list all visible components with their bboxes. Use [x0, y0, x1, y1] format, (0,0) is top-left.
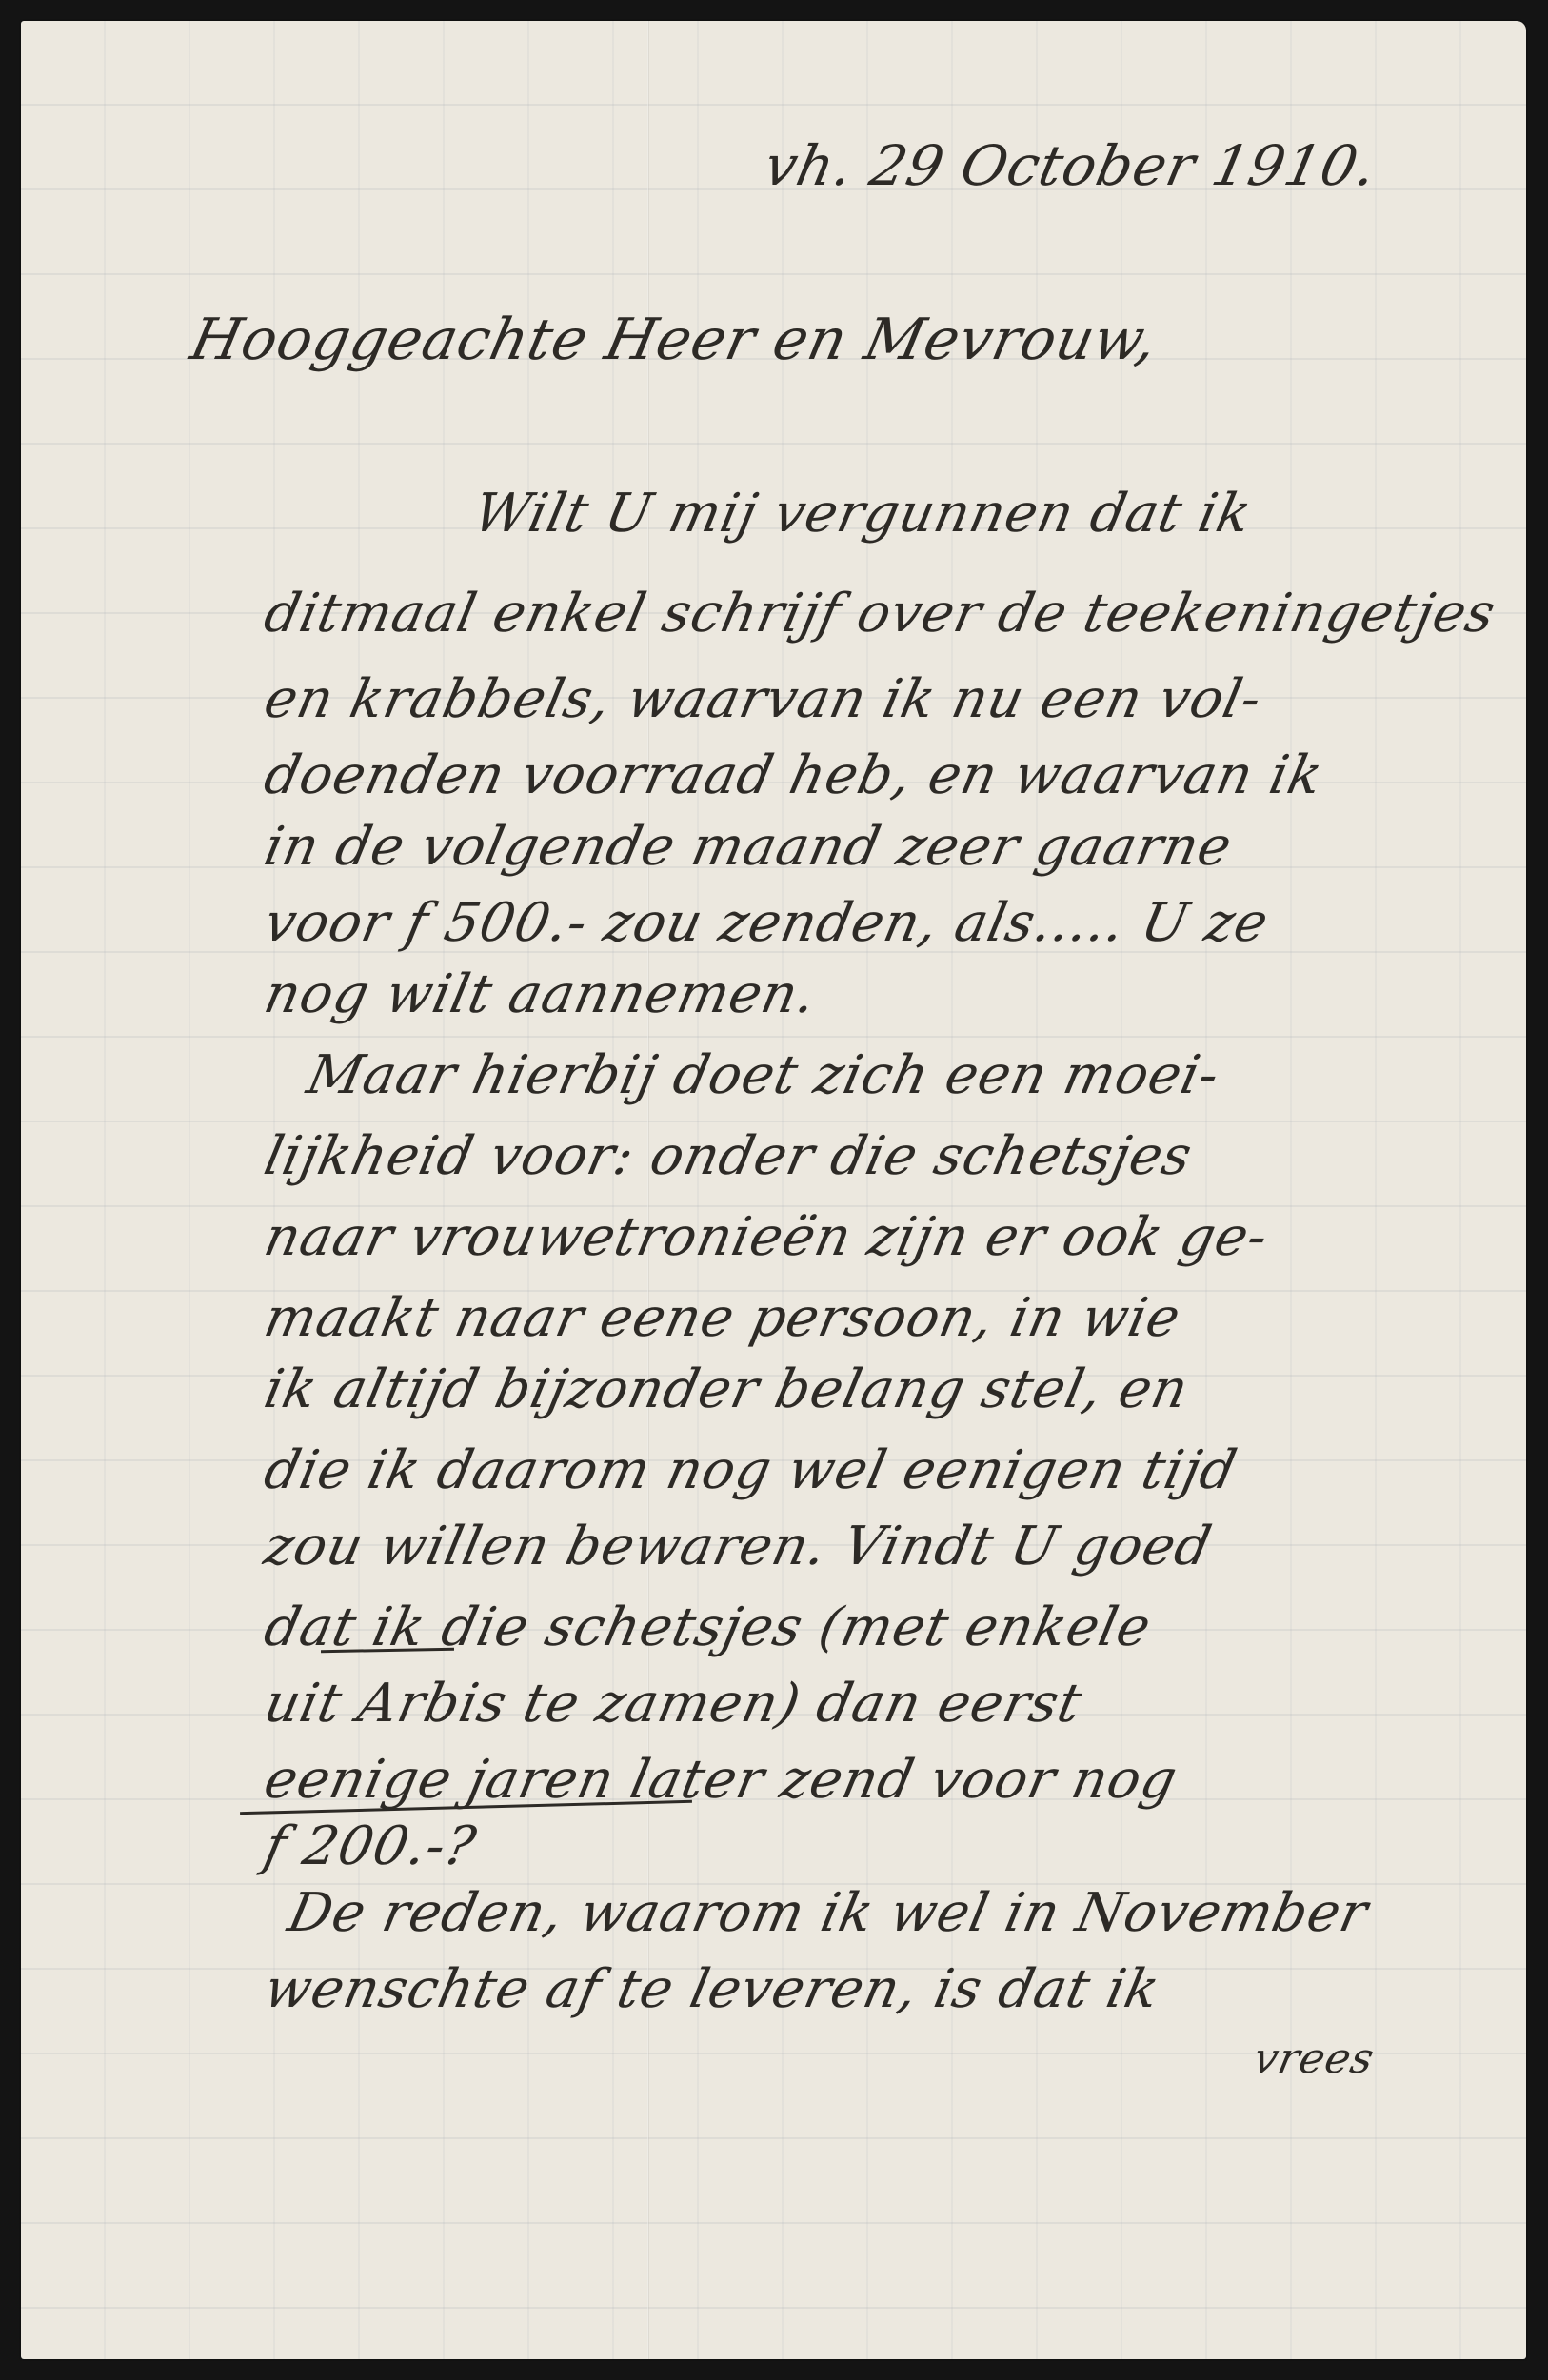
letter-date: vh. 29 October 1910.: [759, 133, 1383, 198]
letter-page: vh. 29 October 1910. Hooggeachte Heer en…: [21, 21, 1526, 2359]
letter-line: ditmaal enkel schrijf over de teekeninge…: [259, 583, 1501, 645]
letter-salutation: Hooggeachte Heer en Mevrouw,: [185, 307, 1163, 373]
catchword: vrees: [1249, 2034, 1379, 2083]
letter-line: zou willen bewaren. Vindt U goed: [259, 1516, 1218, 1577]
letter-line: naar vrouwetronieën zijn er ook ge-: [259, 1206, 1274, 1268]
letter-line: De reden, waarom ik wel in November: [283, 1882, 1374, 1944]
letter-line: Wilt U mij vergunnen dat ik: [468, 483, 1258, 545]
letter-line: maakt naar eene persoon, in wie: [259, 1287, 1186, 1349]
letter-line: die ik daarom nog wel eenigen tijd: [259, 1439, 1242, 1501]
letter-line: nog wilt aannemen.: [259, 963, 822, 1025]
letter-line: wenschte af te leveren, is dat ik: [259, 1958, 1165, 2020]
letter-line: ik altijd bijzonder belang stel, en: [259, 1359, 1194, 1420]
letter-line: voor f 500.- zou zenden, als..... U ze: [259, 892, 1274, 954]
letter-line: Maar hierbij doet zich een moei-: [302, 1044, 1225, 1106]
letter-line: in de volgende maand zeer gaarne: [259, 816, 1238, 878]
letter-line: en krabbels, waarvan ik nu een vol-: [259, 668, 1267, 730]
letter-line: uit Arbis te zamen) dan eerst: [259, 1673, 1087, 1735]
letter-line: f 200.-?: [259, 1815, 482, 1877]
letter-line: eenige jaren later zend voor nog: [259, 1749, 1183, 1811]
letter-line: doenden voorraad heb, en waarvan ik: [259, 744, 1328, 806]
letter-line: lijkheid voor: onder die schetsjes: [259, 1125, 1198, 1187]
